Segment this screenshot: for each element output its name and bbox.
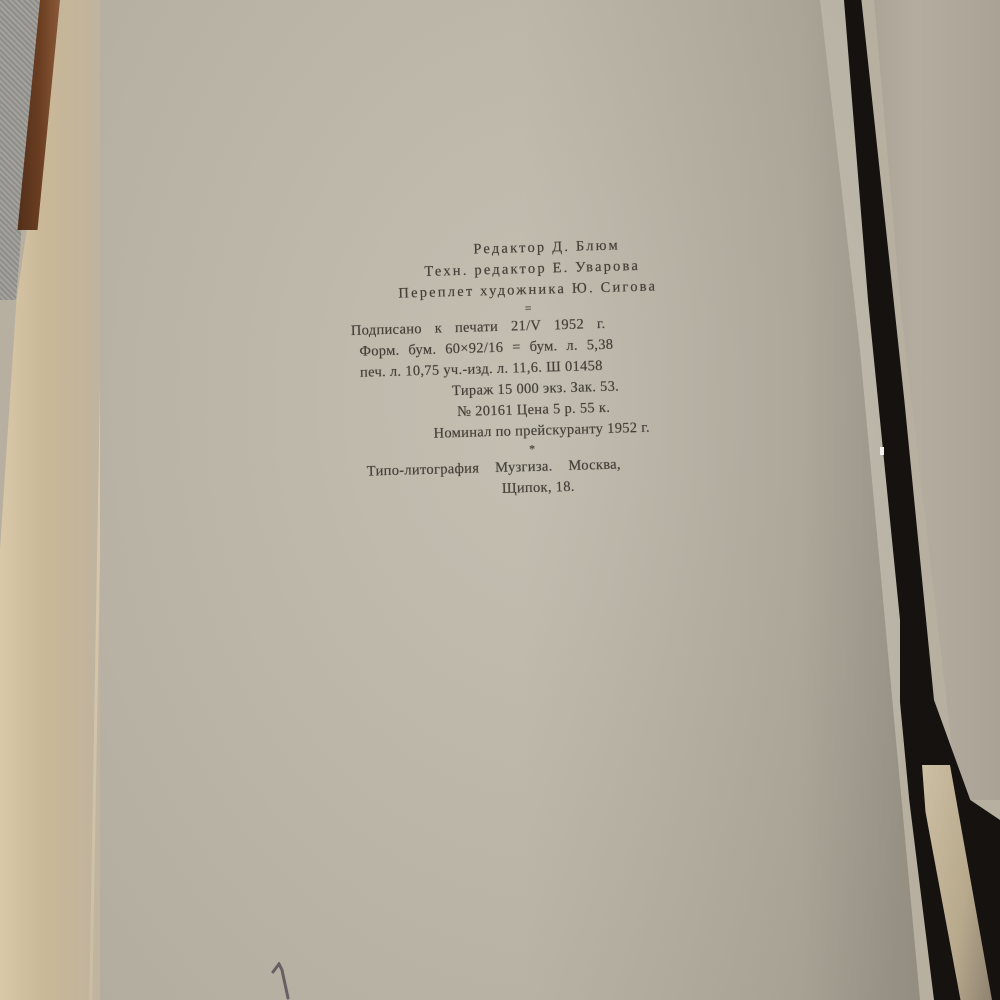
- handwritten-mark-icon: [270, 962, 292, 1000]
- light-glint: [880, 447, 884, 455]
- photo-scene: Редактор Д. Блюм Техн. редактор Е. Уваро…: [0, 0, 1000, 1000]
- imprint-block: Редактор Д. Блюм Техн. редактор Е. Уваро…: [336, 233, 723, 505]
